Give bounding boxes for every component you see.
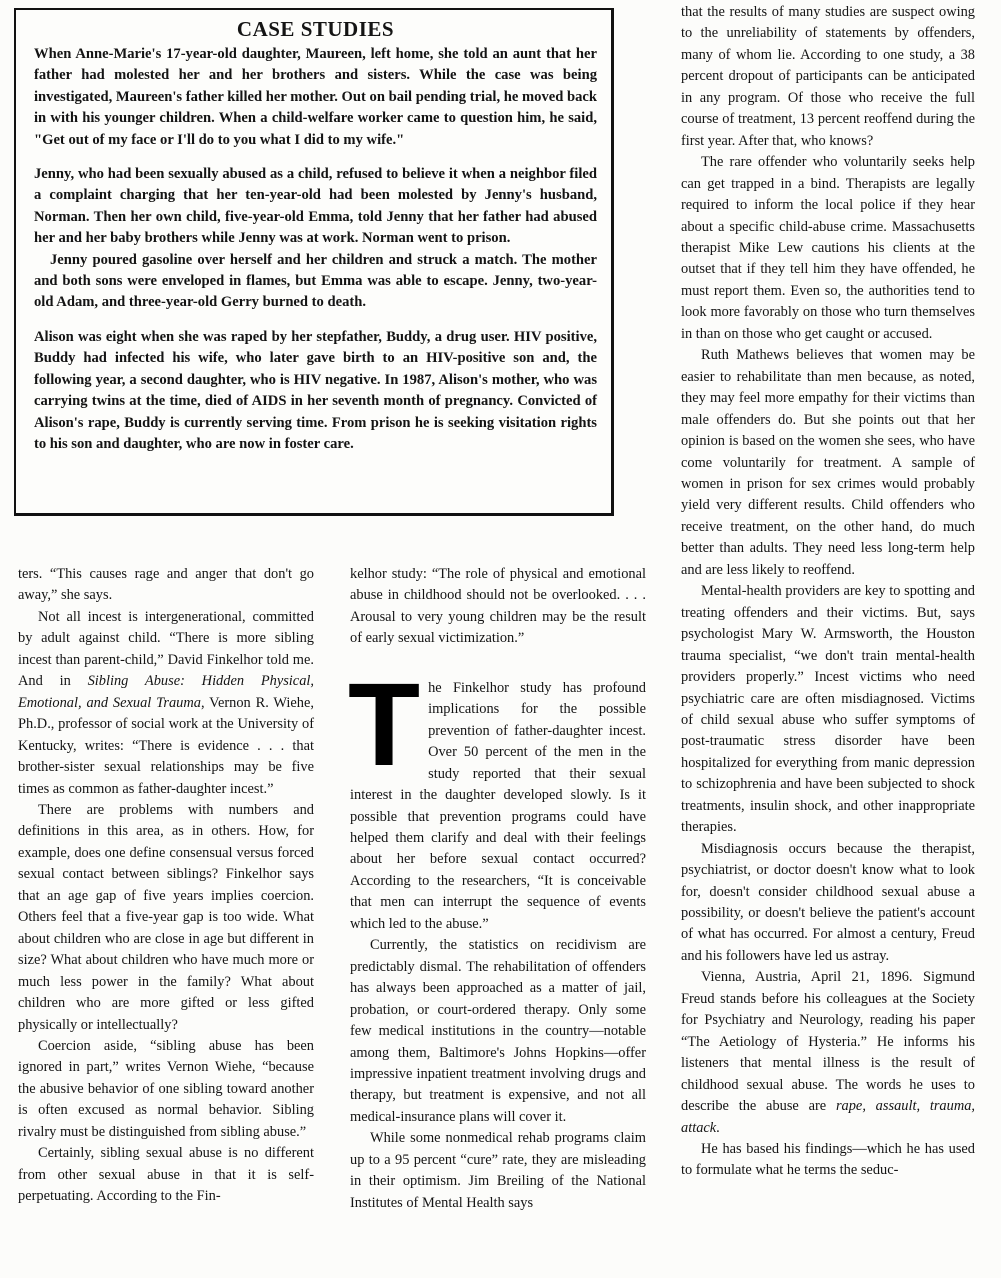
body-paragraph: He has based his findings—which he has u…	[681, 1139, 975, 1182]
drop-cap: T	[348, 682, 420, 778]
body-text: .	[716, 1120, 720, 1136]
body-paragraph: ters. “This causes rage and anger that d…	[18, 564, 314, 607]
case-study-jenny-continued: Jenny poured gasoline over herself and h…	[34, 250, 597, 314]
body-paragraph: The rare offender who voluntarily seeks …	[681, 152, 975, 345]
body-paragraph: that the results of many studies are sus…	[681, 2, 975, 152]
body-paragraph: kelhor study: “The role of physical and …	[350, 564, 646, 650]
body-paragraph: Coercion aside, “sibling abuse has been …	[18, 1036, 314, 1143]
body-paragraph: While some nonmedical rehab programs cla…	[350, 1128, 646, 1214]
body-paragraph: There are problems with numbers and defi…	[18, 800, 314, 1036]
body-text: Vienna, Austria, April 21, 1896. Sigmund…	[681, 969, 975, 1114]
article-column-left: ters. “This causes rage and anger that d…	[18, 564, 314, 1208]
case-studies-box: CASE STUDIES When Anne-Marie's 17-year-o…	[14, 8, 614, 516]
body-paragraph: Not all incest is intergenerational, com…	[18, 607, 314, 800]
article-column-right: that the results of many studies are sus…	[681, 2, 975, 1182]
body-paragraph: Certainly, sibling sexual abuse is no di…	[18, 1143, 314, 1207]
case-study-jenny: Jenny, who had been sexually abused as a…	[34, 164, 597, 250]
article-column-middle: kelhor study: “The role of physical and …	[350, 564, 646, 1214]
body-paragraph: Misdiagnosis occurs because the therapis…	[681, 839, 975, 968]
drop-cap-paragraph: The Finkelhor study has profound implica…	[350, 678, 646, 935]
body-paragraph: Currently, the statistics on recidivism …	[350, 935, 646, 1128]
case-study-anne-marie: When Anne-Marie's 17-year-old daughter, …	[34, 44, 597, 151]
body-paragraph: Ruth Mathews believes that women may be …	[681, 345, 975, 581]
case-studies-title: CASE STUDIES	[34, 16, 597, 42]
body-paragraph: Vienna, Austria, April 21, 1896. Sigmund…	[681, 967, 975, 1139]
body-paragraph: Mental-health providers are key to spott…	[681, 581, 975, 838]
case-study-alison: Alison was eight when she was raped by h…	[34, 327, 597, 455]
